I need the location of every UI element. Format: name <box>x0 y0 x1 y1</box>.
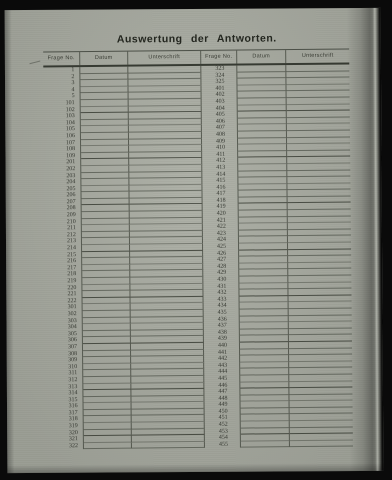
page-title: Auswertung der Antworten. <box>44 32 350 46</box>
header-unterschrift-left: Unterschrift <box>128 51 201 65</box>
scanned-page: Auswertung der Antworten. Frage No. Datu… <box>5 8 384 473</box>
pencil-mark <box>28 57 40 65</box>
unterschrift-line-right <box>290 440 353 447</box>
datum-line-right <box>241 441 290 448</box>
scan-background: { "page": { "title": "Auswertung der Ant… <box>0 0 392 480</box>
frage-number-left: 322 <box>47 443 84 450</box>
header-unterschrift-right: Unterschrift <box>286 50 349 64</box>
unterschrift-line-left <box>132 442 205 449</box>
frage-number-right: 455 <box>205 441 241 448</box>
answers-table: Frage No. Datum Unterschrift Frage No. D… <box>43 49 353 450</box>
page-edge-shadow-bottom <box>7 463 383 473</box>
header-datum-right: Datum <box>237 50 286 63</box>
table-body: 1323232433254401540210140310240410340510… <box>43 65 353 450</box>
page-edge-shadow-left <box>5 10 15 473</box>
datum-line-left <box>84 442 132 449</box>
header-datum-left: Datum <box>80 52 128 65</box>
header-frage-left: Frage No. <box>43 52 80 65</box>
header-frage-right: Frage No. <box>201 51 237 64</box>
